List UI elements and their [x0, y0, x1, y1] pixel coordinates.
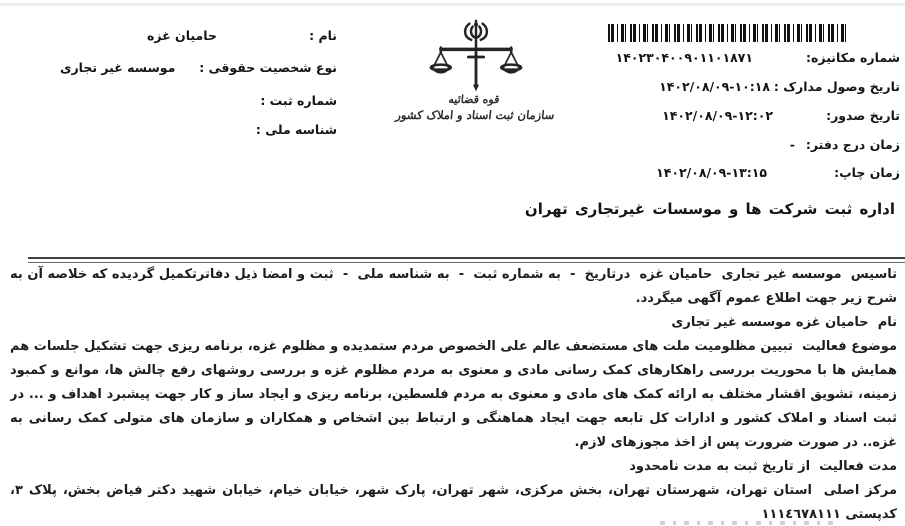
body-line: تاسیس موسسه غیر تجاری حامیان غزه درتاریخ… — [10, 263, 897, 287]
national-id-label: شناسه ملی : — [256, 122, 337, 137]
scan-artifact-band — [0, 3, 905, 6]
body-line-institute-name: نام حامیان غزه موسسه غیر تجاری — [10, 311, 897, 335]
judiciary-scales-icon — [428, 18, 524, 96]
mechanized-number-label: شماره مکانیزه: — [806, 50, 900, 65]
body-line-activity-subject: موضوع فعالیت تبیین مظلومیت ملت های مستضع… — [10, 335, 897, 359]
print-time-value: ۱۴۰۲/۰۸/۰۹-۱۳:۱۵ — [656, 165, 767, 180]
registration-office-title: اداره ثبت شرکت ها و موسسات غیرتجاری تهرا… — [525, 200, 895, 218]
documents-received-date-value: ۱۴۰۲/۰۸/۰۹-۱۰:۱۸ — [659, 79, 770, 94]
body-line: زمینه، تشویق اقشار مختلف به ارائه کمک ها… — [10, 383, 897, 407]
body-line-main-address: مرکز اصلی استان تهران، شهرستان تهران، بخ… — [10, 479, 897, 503]
registration-organization-name: سازمان ثبت اسناد و املاک کشور — [389, 108, 560, 122]
documents-received-date-label: تاریخ وصول مدارک : — [774, 79, 900, 94]
legal-type-value: موسسه غیر تجاری — [60, 60, 175, 75]
ledger-entry-time-label: زمان درج دفتر: — [806, 137, 900, 152]
issue-date-label: تاریخ صدور: — [826, 108, 900, 123]
judiciary-name-calligraphy: قوه قضائیه — [413, 93, 534, 106]
body-line: همایش ها با محوریت بررسی راهکارهای کمک ر… — [10, 359, 897, 383]
body-line: غزه.. در صورت ضرورت پس از اخذ مجوزهای لا… — [10, 431, 897, 455]
announcement-body: تاسیس موسسه غیر تجاری حامیان غزه درتاریخ… — [10, 263, 897, 526]
registration-document-page: نام : حامیان غزه نوع شخصیت حقوقی : موسسه… — [0, 0, 905, 526]
registration-number-label: شماره ثبت : — [260, 93, 337, 108]
name-label: نام : — [309, 28, 337, 43]
body-line-activity-duration: مدت فعالیت از تاریخ ثبت به مدت نامحدود — [10, 455, 897, 479]
mechanized-number-value: ۱۴۰۲۳۰۴۰۰۹۰۱۱۰۱۸۷۱ — [616, 50, 753, 65]
barcode-icon — [608, 24, 848, 42]
ledger-entry-time-value: - — [790, 137, 795, 152]
name-value: حامیان غزه — [147, 28, 217, 43]
print-time-label: زمان چاپ: — [834, 165, 900, 180]
body-line: ثبت اسناد و املاک کشور و ادارات کل تابعه… — [10, 407, 897, 431]
legal-type-label: نوع شخصیت حقوقی : — [199, 60, 337, 75]
cut-off-text-artifact — [660, 521, 840, 525]
body-line: شرح زیر جهت اطلاع عموم آگهی میگردد. — [10, 287, 897, 311]
issue-date-value: ۱۴۰۲/۰۸/۰۹-۱۲:۰۲ — [662, 108, 773, 123]
